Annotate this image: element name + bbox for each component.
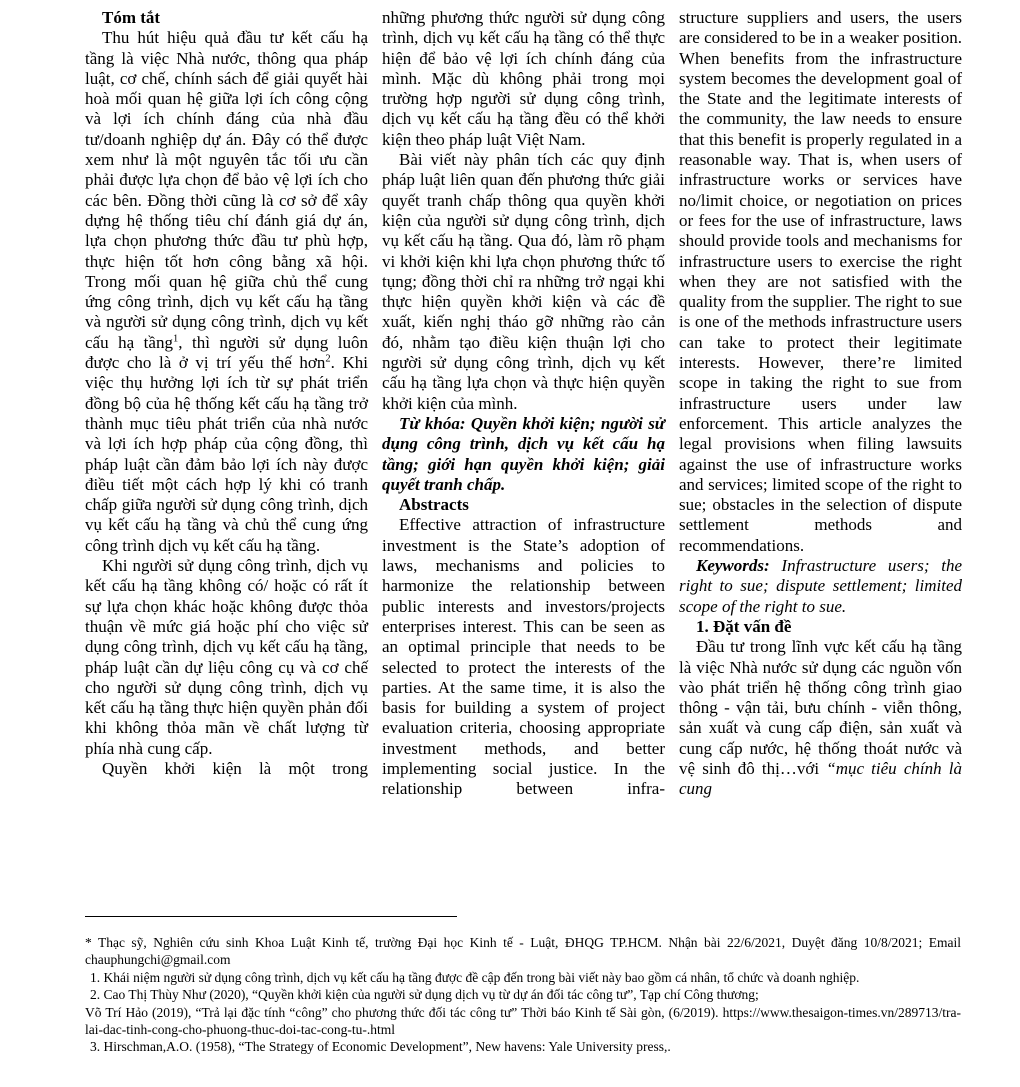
text-segment: Đầu tư trong lĩnh vực kết cấu hạ tầng là… xyxy=(679,637,962,778)
section-1-paragraph-start: Đầu tư trong lĩnh vực kết cấu hạ tầng là… xyxy=(679,637,962,799)
text-segment: Thu hút hiệu quả đầu tư kết cấu hạ tầng … xyxy=(85,28,368,351)
abstract-vi-paragraph-2: Khi người sử dụng công trình, dịch vụ kế… xyxy=(85,556,368,759)
footnote-2-part-2: Võ Trí Hảo (2019), “Trả lại đặc tính “cô… xyxy=(85,1004,961,1039)
abstract-en-paragraph-continued: structure suppliers and users, the users… xyxy=(679,8,962,556)
abstract-en-paragraph-start: Effective attraction of infrastructure i… xyxy=(382,515,665,799)
footnotes: * Thạc sỹ, Nghiên cứu sinh Khoa Luật Kin… xyxy=(85,934,961,1056)
footnote-author-note: * Thạc sỹ, Nghiên cứu sinh Khoa Luật Kin… xyxy=(85,934,961,969)
abstract-heading-vi: Tóm tắt xyxy=(85,8,368,28)
abstract-heading-en: Abstracts xyxy=(382,495,665,515)
footnote-1: 1. Khái niệm người sử dụng công trình, d… xyxy=(85,969,961,986)
column-1: Tóm tắt Thu hút hiệu quả đầu tư kết cấu … xyxy=(85,8,368,800)
footnote-2-part-1: 2. Cao Thị Thùy Như (2020), “Quyền khởi … xyxy=(85,986,961,1003)
paper-page: Tóm tắt Thu hút hiệu quả đầu tư kết cấu … xyxy=(0,0,1020,1087)
keywords-en-label: Keywords: xyxy=(696,556,770,575)
footnote-separator xyxy=(85,916,457,917)
keywords-en: Keywords: Infrastructure users; the righ… xyxy=(679,556,962,617)
abstract-vi-paragraph-3-continued: những phương thức người sử dụng công trì… xyxy=(382,8,665,150)
column-3: structure suppliers and users, the users… xyxy=(679,8,962,800)
abstract-vi-paragraph-3-start: Quyền khởi kiện là một trong xyxy=(85,759,368,779)
text-segment: . Khi việc thụ hưởng lợi ích từ sự phát … xyxy=(85,353,368,555)
abstract-vi-paragraph-1: Thu hút hiệu quả đầu tư kết cấu hạ tầng … xyxy=(85,28,368,556)
abstract-vi-paragraph-4: Bài viết này phân tích các quy định pháp… xyxy=(382,150,665,414)
article-columns: Tóm tắt Thu hút hiệu quả đầu tư kết cấu … xyxy=(85,8,961,800)
section-1-heading: 1. Đặt vấn đề xyxy=(679,617,962,637)
footnote-3: 3. Hirschman,A.O. (1958), “The Strategy … xyxy=(85,1038,961,1055)
keywords-vi: Từ khóa: Quyền khởi kiện; người sử dụng … xyxy=(382,414,665,495)
column-2: những phương thức người sử dụng công trì… xyxy=(382,8,665,800)
